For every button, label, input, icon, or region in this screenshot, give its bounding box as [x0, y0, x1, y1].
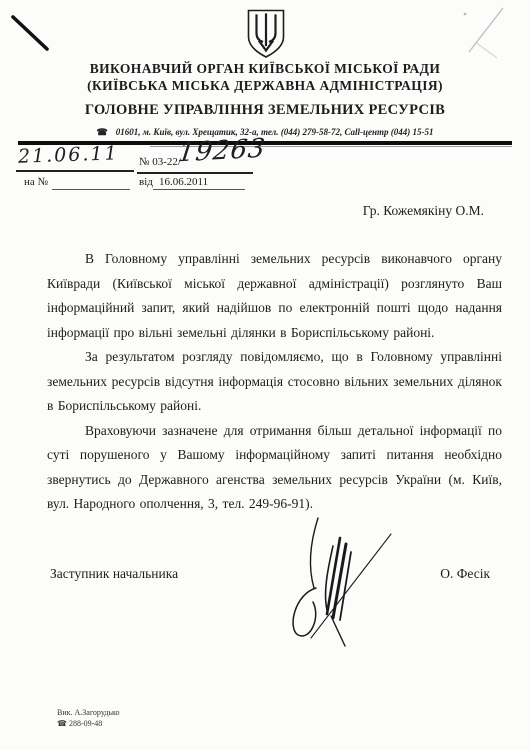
org-name-line2: (КИЇВСЬКА МІСЬКА ДЕРЖАВНА АДМІНІСТРАЦІЯ)	[0, 78, 530, 94]
incoming-from-label: від	[139, 176, 153, 188]
reply-to-number-label: на №	[24, 176, 48, 188]
phone-icon-footer: ☎	[57, 719, 67, 728]
body-paragraph-1: В Головному управлінні земельних ресурсі…	[47, 247, 502, 345]
incoming-date-underline	[153, 189, 245, 190]
org-address: 01601, м. Київ, вул. Хрещатик, 32-а, тел…	[116, 127, 434, 137]
handwritten-outgoing-number: 19263	[176, 134, 267, 169]
pencil-check-mark	[445, 2, 525, 62]
body-paragraph-2: За результатом розгляду повідомляємо, що…	[47, 345, 502, 419]
org-name-line1: ВИКОНАВЧИЙ ОРГАН КИЇВСЬКОЇ МІСЬКОЇ РАДИ	[0, 61, 530, 77]
incoming-date: 16.06.2011	[159, 176, 208, 188]
outgoing-number-label: № 03-22/	[139, 156, 181, 168]
executor-phone: 288-09-48	[69, 719, 102, 728]
letter-body: В Головному управлінні земельних ресурсі…	[47, 247, 502, 517]
scanned-letter-page: ВИКОНАВЧИЙ ОРГАН КИЇВСЬКОЇ МІСЬКОЇ РАДИ …	[0, 0, 530, 750]
signer-position-title: Заступник начальника	[50, 566, 178, 582]
recipient-name: Гр. Кожемякіну О.М.	[363, 203, 484, 219]
number-underline	[137, 172, 253, 174]
body-paragraph-3: Враховуючи зазначене для отримання більш…	[47, 419, 502, 517]
phone-icon: ☎	[97, 128, 108, 137]
executor-block: Вик. А.Загорудько ☎ 288-09-48	[57, 707, 120, 729]
ukraine-trident-emblem-icon	[243, 8, 289, 60]
handwritten-outgoing-date: 21.06.11	[18, 142, 119, 167]
scan-artifact-slash	[8, 12, 53, 54]
department-title: ГОЛОВНЕ УПРАВЛІННЯ ЗЕМЕЛЬНИХ РЕСУРСІВ	[0, 102, 530, 119]
reply-number-blank-line	[52, 189, 130, 190]
signer-name: О. Фесік	[440, 566, 490, 582]
handwritten-signature	[283, 512, 398, 652]
date-underline	[16, 170, 134, 172]
executor-phone-row: ☎ 288-09-48	[57, 718, 120, 729]
executor-name: Вик. А.Загорудько	[57, 707, 120, 718]
